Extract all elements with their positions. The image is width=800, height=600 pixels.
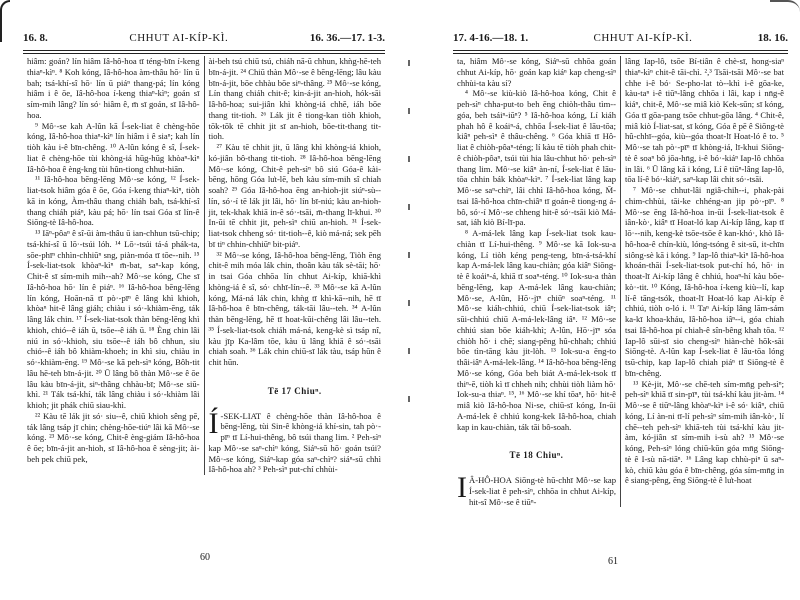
book-title: CHHUT AI-KÍP-KÌ. bbox=[528, 32, 758, 44]
column-2: lâng Iap-lô, tsōe Bí-tiân ê chè-sī, hong… bbox=[620, 56, 788, 507]
paragraph: ²⁷ Kàu tē chhit jit, ū lâng khì khòng-iá… bbox=[209, 142, 382, 250]
left-page: 16. 8. CHHUT AI-KÍP-KÌ. 16. 36.—17. 1-3.… bbox=[0, 0, 400, 600]
paragraph: ¹¹ Iâ-hô-hoa bēng-lēng Mô·-se kóng, ¹² Í… bbox=[27, 174, 200, 228]
header-rule bbox=[453, 50, 788, 54]
paragraph: ²² Kàu tē lák jit só· siu--ê, chiū khioh… bbox=[27, 411, 200, 465]
column-1: hiâm: goán? lín hiâm Iâ-hô-hoa tī téng-b… bbox=[23, 56, 204, 475]
opening-caps: -SEK-LIA̍T bbox=[221, 411, 262, 421]
paragraph: ³² Mô·-se kóng, Iâ-hô-hoa bēng-lēng, Tiò… bbox=[209, 250, 382, 368]
chapter-heading: Tē 17 Chiuⁿ. bbox=[209, 386, 382, 397]
book-title: CHHUT AI-KÍP-KÌ. bbox=[48, 32, 310, 44]
paragraph: ¹³ Iāⁿ-pôaⁿ ê sî-ūi àm-thâu ū ian-chhun … bbox=[27, 228, 200, 411]
column-1: ta, hiâm Mô·-se kóng, Siáⁿ-sū chhōa goán… bbox=[453, 56, 620, 507]
paragraph: ⁷ Mô·-se chhut-lâi ngiâ-chih--i, phak-pà… bbox=[625, 185, 784, 379]
paragraph: ⁴ Mô·-se kiù-kiò Iâ-hô-hoa kóng, Chit ê … bbox=[457, 88, 616, 228]
text-columns: ta, hiâm Mô·-se kóng, Siáⁿ-sū chhōa goán… bbox=[453, 56, 788, 507]
drop-cap: Í bbox=[209, 411, 219, 437]
page-corner-curl bbox=[0, 0, 10, 42]
chapter-opening: Í-SEK-LIA̍T ê chèng-hōe thàn Iâ-hô-hoa ê… bbox=[209, 411, 382, 476]
header-rule bbox=[23, 50, 385, 54]
opening-caps: Â-HÔ-HOA bbox=[469, 475, 512, 485]
page-number: 60 bbox=[200, 552, 210, 563]
right-page: 17. 4-16.—18. 1. CHHUT AI-KÍP-KÌ. 18. 16… bbox=[400, 0, 800, 600]
paragraph: ⁹ Mô·-se kah A-lûn kā Í-sek-liat ê chèng… bbox=[27, 121, 200, 175]
chapter-opening: IÂ-HÔ-HOA Siōng-tè hū-chhī Mô·-se kap Í-… bbox=[457, 475, 616, 507]
page-corner-curl bbox=[770, 0, 800, 12]
running-head: 17. 4-16.—18. 1. CHHUT AI-KÍP-KÌ. 18. 16… bbox=[453, 32, 788, 48]
paragraph: ta, hiâm Mô·-se kóng, Siáⁿ-sū chhōa goán… bbox=[457, 56, 616, 88]
verse-range-end: 16. 36.—17. 1-3. bbox=[310, 32, 385, 44]
verse-range-start: 17. 4-16.—18. 1. bbox=[453, 32, 528, 44]
verse-range-start: 16. 8. bbox=[23, 32, 48, 44]
column-2: ài-beh tsú chiū tsú, chiáh nā-ū chhun, k… bbox=[204, 56, 386, 475]
paragraph: ài-beh tsú chiū tsú, chiáh nā-ū chhun, k… bbox=[209, 56, 382, 142]
text-columns: hiâm: goán? lín hiâm Iâ-hô-hoa tī téng-b… bbox=[23, 56, 385, 475]
paragraph: hiâm: goán? lín hiâm Iâ-hô-hoa tī téng-b… bbox=[27, 56, 200, 121]
paragraph: ⁸ A-má-lek lâng kap Í-sek-liat tsok kau-… bbox=[457, 228, 616, 432]
paragraph: ¹³ Kè-jit, Mô·-se chē-teh sím-mn̄g peh-s… bbox=[625, 379, 784, 487]
gutter-marks bbox=[408, 60, 412, 440]
page-number: 61 bbox=[608, 556, 618, 567]
paragraph: lâng Iap-lô, tsōe Bí-tiân ê chè-sī, hong… bbox=[625, 56, 784, 185]
chapter-heading: Tē 18 Chiuⁿ. bbox=[457, 450, 616, 461]
drop-cap: I bbox=[457, 475, 467, 501]
verse-range-end: 18. 16. bbox=[758, 32, 788, 44]
running-head: 16. 8. CHHUT AI-KÍP-KÌ. 16. 36.—17. 1-3. bbox=[23, 32, 385, 48]
